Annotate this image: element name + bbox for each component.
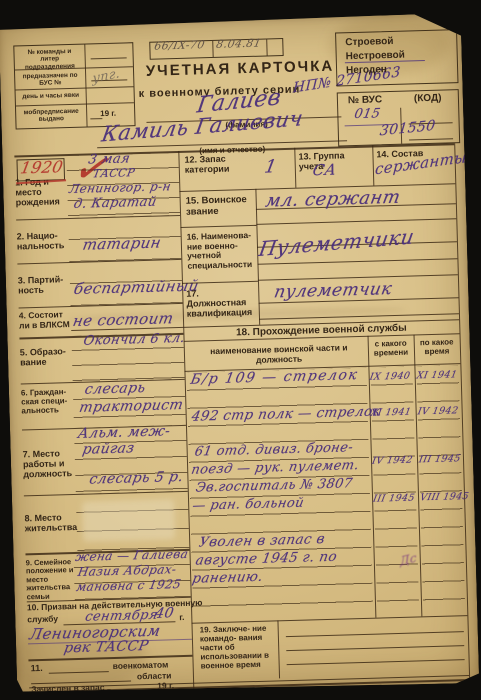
field7-label: 7. Место работы и должность [23, 448, 72, 480]
mobilization-box: № команды и литер подразделения предназн… [13, 42, 135, 129]
service-row-to: XI 1941 [416, 369, 459, 381]
mob-blank-line [91, 57, 127, 59]
education-value: Окончил 6 кл. [82, 331, 186, 349]
vus-code-label: (КОД) [414, 93, 442, 105]
field15-label: 15. Воинское звание [186, 195, 253, 218]
rule [259, 313, 459, 320]
field4-label: 4. Состоит ли в ВЛКСМ [19, 310, 72, 330]
field11-zapas: Зачислен в запас „ [31, 683, 111, 695]
nationality-value: татарин [81, 233, 163, 253]
birth-line2: ТАССР [92, 166, 136, 180]
service-to-rules [416, 365, 465, 614]
service-col-unit: наименование воинской части и должность [194, 342, 364, 367]
field10-label-line2: службу [27, 615, 58, 625]
vus-value: 015 [353, 106, 382, 122]
field19-label: 19. Заключе- ние командо- вания части об… [200, 624, 275, 671]
service-row-to: III 1945 [418, 453, 462, 465]
field12-value: 1 [263, 156, 279, 177]
registration-card-paper: № команды и литер подразделения предназн… [0, 13, 479, 696]
field9-label: 9. Семейное положение и место жительства… [26, 558, 79, 601]
vus-label: № ВУС [348, 94, 383, 106]
field12-label: 12. Запас категории [184, 153, 265, 175]
mob-box-divider [84, 45, 87, 127]
field16-label: 16. Наименова- ние военно- учетной специ… [187, 231, 254, 271]
field15-value: мл. сержант [264, 187, 402, 212]
field17-label: 17. Должностная квалификация [186, 287, 259, 319]
field19-line [286, 645, 464, 651]
mob-row2-label: предназначен по БУС № [18, 72, 82, 88]
mob-row3-label: день и часы явки [19, 92, 83, 101]
label-cell-bottom [180, 225, 256, 228]
service-row-to: VIII 1945 [419, 491, 470, 503]
rule [256, 218, 456, 225]
service-row-to: IV 1942 [417, 405, 460, 417]
party-value: беспартийный [72, 276, 200, 298]
vlksm-value: не состоит [71, 309, 175, 330]
service-row-from: XI 1941 [370, 407, 413, 419]
service-row-unit: Эв.госпиталь № 3807 — ран. больной [191, 475, 366, 516]
civil-spec-line2: тракторист [78, 397, 185, 416]
mob-row4-year: 19 г. [100, 110, 116, 119]
field3-label: 3. Партий- ность [18, 274, 69, 296]
field17-value: пулеметчик [272, 279, 393, 302]
field19-line [286, 631, 464, 637]
service-row-from: III 1945 [372, 492, 416, 504]
work-line3: слесарь 5 р. [88, 469, 185, 488]
civil-spec-line1: слесарь [83, 380, 147, 398]
work-line2: райгаз [81, 440, 136, 458]
service-col-to: по какое время [415, 337, 459, 356]
field10-year-suffix: г. [179, 613, 184, 623]
mob-row-line [16, 102, 134, 106]
mob-row4-label: мобпредписание выдано [19, 108, 83, 124]
birth-year: 1920 [19, 157, 65, 177]
stamp-date-1: 66/IX-70 [153, 38, 206, 52]
fitness-option-stroevoi: Строевой [345, 36, 393, 49]
rule [257, 258, 457, 265]
work-line1: Альм. меж- [77, 423, 172, 442]
vus-box: № ВУС (КОД) 015 [337, 89, 460, 146]
field19-line [287, 659, 465, 665]
service-col-from: с какого времени [369, 339, 413, 358]
fitness-option-negoden: Негоден [346, 64, 387, 76]
birth-line3: Лениногор. р-н [68, 179, 172, 196]
date-stamp-box: 66/IX-70 8.04.81 [149, 38, 283, 60]
fitness-box: Строевой Нестроевой Негоден [335, 29, 458, 86]
call-up-year: 40 [154, 605, 176, 622]
field16-value: Пулеметчики [257, 224, 416, 261]
stamp-date-2: 8.04.81 [215, 37, 262, 51]
field11-number: 11. [31, 663, 43, 673]
cell-divider [372, 146, 374, 186]
field11-blank [49, 671, 109, 674]
field6-label: 6. Граждан- ская специ- альность [21, 388, 72, 416]
field2-label: 2. Нацио- нальность [16, 230, 67, 252]
birth-line1: 3 мая [87, 151, 131, 167]
stamp-divider [212, 41, 213, 57]
field8-label: 8. Место жительства [24, 512, 73, 533]
service-row-from: IV 1942 [371, 455, 414, 467]
field19-divider [277, 620, 280, 678]
service-row-from: IX 1940 [369, 371, 412, 383]
stamp-divider [266, 39, 267, 55]
service-row-unit: 61 отд. дивиз. броне-поезд — рук. пулеме… [190, 439, 369, 480]
family-line3: мановна с 1925 [75, 577, 182, 594]
rvk-line2: рвк ТАССР [63, 638, 150, 656]
vus-blank-line [409, 138, 453, 140]
field11-year-suffix: 19 г. [157, 681, 174, 691]
field5-label: 5. Образо- вание [20, 346, 69, 367]
erased-smudge [82, 499, 175, 542]
mob-blank-line [90, 118, 102, 119]
birth-line4: д. Каратай [72, 195, 158, 212]
family-line2: Назия Абдрах- [77, 562, 178, 579]
service-row-unit: Уволен в запас в августе 1945 г. по ране… [191, 529, 363, 588]
field13-value: СА [311, 161, 338, 180]
cell-divider [294, 148, 296, 188]
